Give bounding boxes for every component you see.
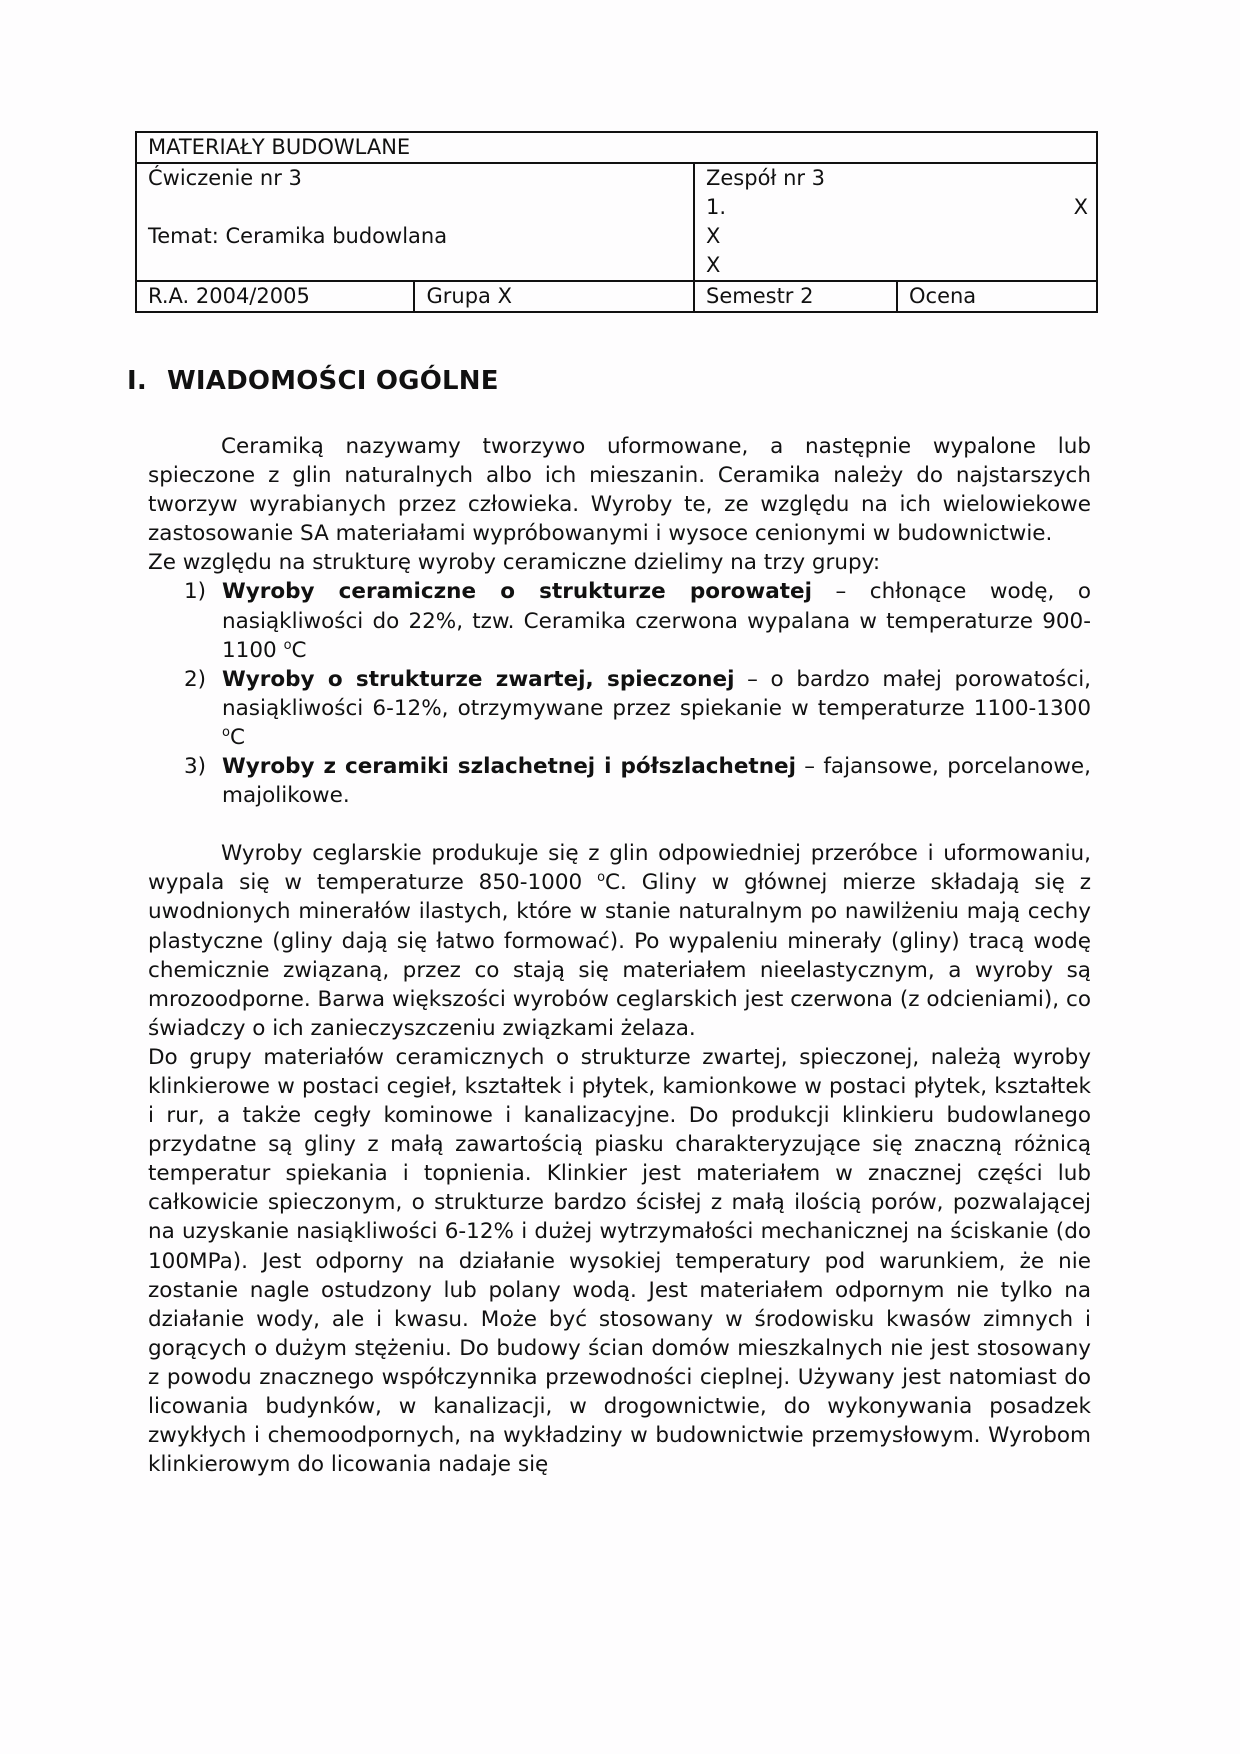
team-member-right: X bbox=[1074, 193, 1088, 222]
section-heading: I.WIADOMOŚCI OGÓLNE bbox=[127, 366, 499, 396]
section-title: WIADOMOŚCI OGÓLNE bbox=[167, 366, 499, 396]
list-number: 3) bbox=[184, 752, 206, 781]
grade-cell: Ocena bbox=[897, 281, 1097, 312]
clinker-paragraph: Do grupy materiałów ceramicznych o struk… bbox=[148, 1043, 1091, 1479]
exercise-cell: Ćwiczenie nr 3 Temat: Ceramika budowlana bbox=[136, 163, 694, 281]
unit: C bbox=[230, 725, 245, 750]
group-item-title: Wyroby ceramiczne o strukturze porowatej bbox=[222, 579, 812, 604]
team-member-1: 1. bbox=[706, 193, 726, 222]
groups-list: 1)Wyroby ceramiczne o strukturze porowat… bbox=[148, 577, 1091, 810]
section-number: I. bbox=[127, 366, 167, 396]
group-item-title: Wyroby o strukturze zwartej, spieczonej bbox=[222, 667, 734, 692]
team-member-2: X bbox=[706, 222, 1096, 251]
degree-mark: o bbox=[222, 725, 230, 740]
group-cell: Grupa X bbox=[414, 281, 694, 312]
team-number: Zespół nr 3 bbox=[706, 164, 1096, 193]
topic: Temat: Ceramika budowlana bbox=[148, 222, 693, 251]
list-number: 2) bbox=[184, 665, 206, 694]
document-page: MATERIAŁY BUDOWLANE Ćwiczenie nr 3 Temat… bbox=[0, 0, 1240, 1754]
unit: C bbox=[292, 638, 307, 663]
degree-mark: o bbox=[597, 870, 605, 885]
course-title: MATERIAŁY BUDOWLANE bbox=[148, 135, 410, 159]
brick-paragraph-part-b: C. Gliny w głównej mierze składają się z… bbox=[148, 870, 1091, 1040]
body-text: Ceramiką nazywamy tworzywo uformowane, a… bbox=[148, 432, 1091, 1479]
academic-year-cell: R.A. 2004/2005 bbox=[136, 281, 414, 312]
group-item-2: 2)Wyroby o strukturze zwartej, spieczone… bbox=[148, 665, 1091, 752]
team-cell: Zespół nr 3 1. X X X bbox=[694, 163, 1097, 281]
group-item-3: 3)Wyroby z ceramiki szlachetnej i półszl… bbox=[148, 752, 1091, 810]
exercise-number: Ćwiczenie nr 3 bbox=[148, 164, 693, 193]
header-table: MATERIAŁY BUDOWLANE Ćwiczenie nr 3 Temat… bbox=[135, 131, 1098, 313]
list-number: 1) bbox=[184, 577, 206, 606]
group: Grupa X bbox=[426, 284, 511, 308]
academic-year: R.A. 2004/2005 bbox=[148, 284, 310, 308]
team-member-3: X bbox=[706, 251, 1096, 280]
semester-cell: Semestr 2 bbox=[694, 281, 897, 312]
groups-intro: Ze względu na strukturę wyroby ceramiczn… bbox=[148, 548, 1091, 577]
group-item-1: 1)Wyroby ceramiczne o strukturze porowat… bbox=[148, 577, 1091, 664]
brick-paragraph: Wyroby ceglarskie produkuje się z glin o… bbox=[148, 839, 1091, 1043]
degree-mark: o bbox=[284, 638, 292, 653]
intro-paragraph: Ceramiką nazywamy tworzywo uformowane, a… bbox=[148, 432, 1091, 548]
group-item-title: Wyroby z ceramiki szlachetnej i półszlac… bbox=[222, 754, 796, 779]
grade-label: Ocena bbox=[909, 284, 976, 308]
semester: Semestr 2 bbox=[706, 284, 813, 308]
course-cell: MATERIAŁY BUDOWLANE bbox=[136, 132, 1097, 163]
